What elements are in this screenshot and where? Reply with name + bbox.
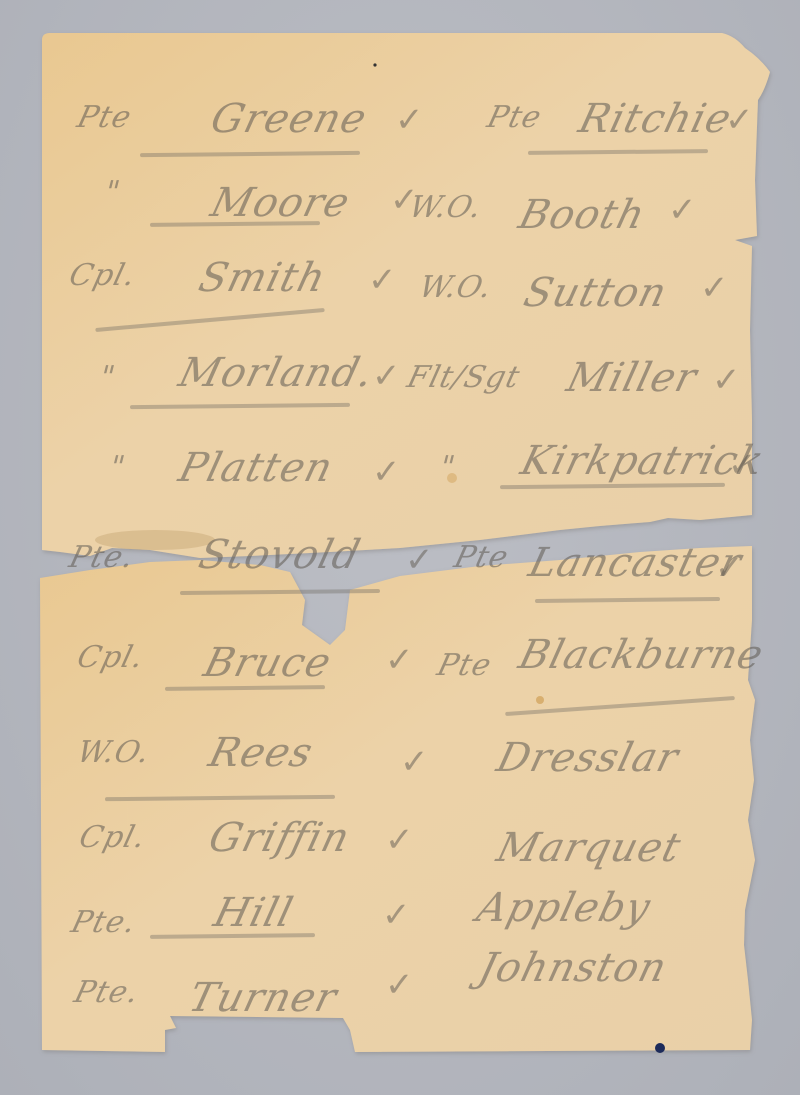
paper-shape (0, 0, 800, 1095)
paper-sheet (0, 0, 800, 1095)
